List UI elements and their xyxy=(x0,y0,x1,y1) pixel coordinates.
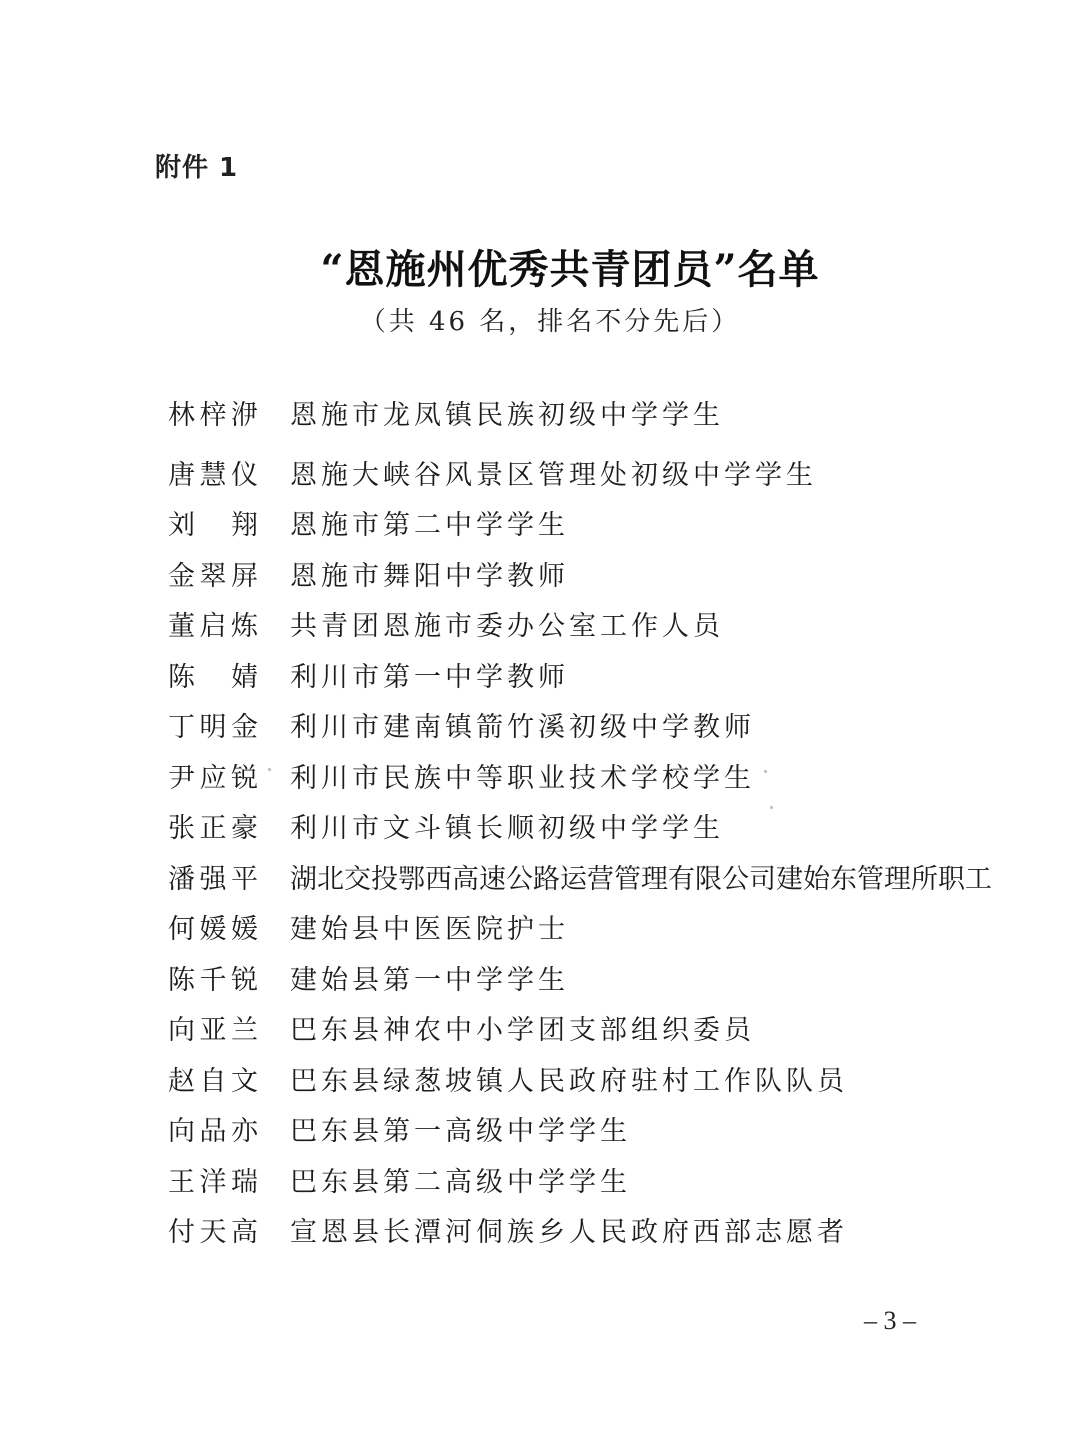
list-item: 王洋瑞巴东县第二高级中学学生 xyxy=(168,1163,631,1203)
honoree-name: 尹应锐 xyxy=(168,759,258,799)
honoree-description: 巴东县绿葱坡镇人民政府驻村工作队队员 xyxy=(290,1062,848,1102)
list-item: 潘强平湖北交投鄂西高速公路运营管理有限公司建始东管理所职工 xyxy=(168,860,992,900)
scan-speck xyxy=(770,806,773,809)
list-item: 陈婧利川市第一中学教师 xyxy=(168,658,569,698)
honoree-description: 利川市建南镇箭竹溪初级中学教师 xyxy=(290,708,755,748)
honoree-name: 赵自文 xyxy=(168,1062,258,1102)
list-item: 向亚兰巴东县神农中小学团支部组织委员 xyxy=(168,1011,755,1051)
honoree-name: 何媛媛 xyxy=(168,910,258,950)
honoree-name: 付天高 xyxy=(168,1213,258,1253)
list-item: 向品亦巴东县第一高级中学学生 xyxy=(168,1112,631,1152)
list-item: 林梓洢恩施市龙凤镇民族初级中学学生 xyxy=(168,396,724,436)
list-item: 唐慧仪恩施大峡谷风景区管理处初级中学学生 xyxy=(168,456,817,496)
honoree-name: 唐慧仪 xyxy=(168,456,258,496)
honoree-description: 共青团恩施市委办公室工作人员 xyxy=(290,607,724,647)
list-item: 何媛媛建始县中医医院护士 xyxy=(168,910,569,950)
honoree-name: 林梓洢 xyxy=(168,396,258,436)
list-item: 金翠屏恩施市舞阳中学教师 xyxy=(168,557,569,597)
honoree-name: 刘翔 xyxy=(168,506,258,546)
attachment-label: 附件 1 xyxy=(155,147,238,184)
list-item: 尹应锐利川市民族中等职业技术学校学生 xyxy=(168,759,755,799)
honoree-description: 恩施市龙凤镇民族初级中学学生 xyxy=(290,396,724,436)
honoree-description: 建始县中医医院护士 xyxy=(290,910,569,950)
honoree-name: 向品亦 xyxy=(168,1112,258,1152)
honoree-name: 潘强平 xyxy=(168,860,258,900)
list-item: 赵自文巴东县绿葱坡镇人民政府驻村工作队队员 xyxy=(168,1062,848,1102)
honoree-description: 利川市文斗镇长顺初级中学学生 xyxy=(290,809,724,849)
list-item: 董启炼共青团恩施市委办公室工作人员 xyxy=(168,607,724,647)
honoree-name: 陈婧 xyxy=(168,658,258,698)
honoree-description: 建始县第一中学学生 xyxy=(290,961,569,1001)
honoree-description: 宣恩县长潭河侗族乡人民政府西部志愿者 xyxy=(290,1213,848,1253)
honoree-description: 巴东县神农中小学团支部组织委员 xyxy=(290,1011,755,1051)
honoree-description: 湖北交投鄂西高速公路运营管理有限公司建始东管理所职工 xyxy=(290,860,992,900)
list-item: 陈千锐建始县第一中学学生 xyxy=(168,961,569,1001)
document-title: “恩施州优秀共青团员”名单 xyxy=(0,238,1080,295)
honoree-name: 向亚兰 xyxy=(168,1011,258,1051)
honoree-name: 陈千锐 xyxy=(168,961,258,1001)
list-item: 张正豪利川市文斗镇长顺初级中学学生 xyxy=(168,809,724,849)
document-subtitle: （共 46 名，排名不分先后） xyxy=(0,301,1080,338)
honoree-description: 恩施市舞阳中学教师 xyxy=(290,557,569,597)
scan-speck xyxy=(764,770,767,773)
honoree-description: 巴东县第二高级中学学生 xyxy=(290,1163,631,1203)
list-item: 丁明金利川市建南镇箭竹溪初级中学教师 xyxy=(168,708,755,748)
honoree-description: 利川市第一中学教师 xyxy=(290,658,569,698)
honoree-description: 利川市民族中等职业技术学校学生 xyxy=(290,759,755,799)
honoree-name: 董启炼 xyxy=(168,607,258,647)
page-number: – 3 – xyxy=(864,1306,916,1336)
list-item: 付天高宣恩县长潭河侗族乡人民政府西部志愿者 xyxy=(168,1213,848,1253)
honoree-name: 张正豪 xyxy=(168,809,258,849)
honoree-name: 丁明金 xyxy=(168,708,258,748)
honoree-name: 金翠屏 xyxy=(168,557,258,597)
list-item: 刘翔恩施市第二中学学生 xyxy=(168,506,569,546)
honoree-description: 巴东县第一高级中学学生 xyxy=(290,1112,631,1152)
scan-speck xyxy=(268,768,271,771)
honoree-description: 恩施市第二中学学生 xyxy=(290,506,569,546)
honoree-name: 王洋瑞 xyxy=(168,1163,258,1203)
honoree-description: 恩施大峡谷风景区管理处初级中学学生 xyxy=(290,456,817,496)
